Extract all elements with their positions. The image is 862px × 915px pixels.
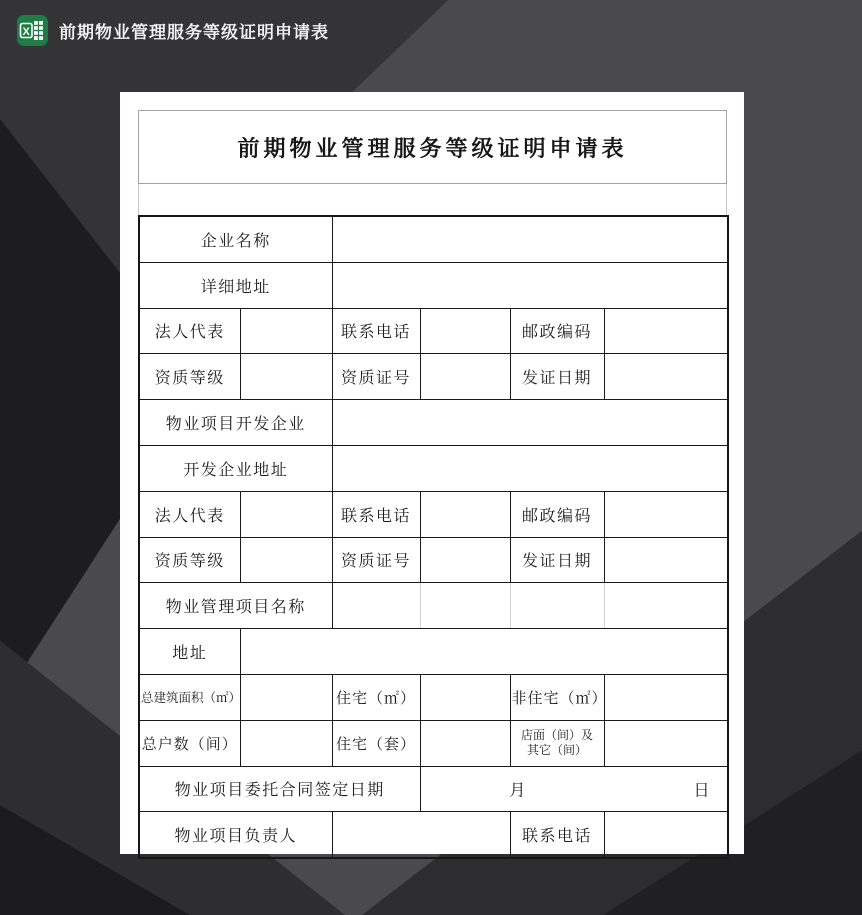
input-residential-units[interactable]	[420, 720, 510, 766]
day-label: 日	[694, 777, 712, 800]
row-legal-rep-1: 法人代表 联系电话 邮政编码	[139, 308, 728, 354]
input-dev-company[interactable]	[332, 400, 728, 446]
label-postal-code-1: 邮政编码	[510, 308, 604, 354]
input-project-name-a[interactable]	[332, 583, 420, 629]
input-total-area[interactable]	[240, 674, 332, 720]
input-contact-phone-2[interactable]	[420, 491, 510, 537]
label-residential-units: 住宅（套）	[332, 720, 420, 766]
label-qual-level-2: 资质等级	[139, 537, 240, 583]
row-qualification-2: 资质等级 资质证号 发证日期	[139, 537, 728, 583]
input-total-households[interactable]	[240, 720, 332, 766]
label-dev-company: 物业项目开发企业	[139, 400, 332, 446]
row-contract-date: 物业项目委托合同签定日期 月 日	[139, 766, 728, 812]
row-building-area: 总建筑面积（㎡） 住宅（㎡） 非住宅（㎡）	[139, 674, 728, 720]
document-title-box: 前期物业管理服务等级证明申请表	[138, 110, 727, 184]
label-issue-date-1: 发证日期	[510, 354, 604, 400]
title-bar: X 前期物业管理服务等级证明申请表	[0, 0, 862, 60]
input-project-name-d[interactable]	[604, 583, 728, 629]
label-project-name: 物业管理项目名称	[139, 583, 332, 629]
input-dev-address[interactable]	[332, 445, 728, 491]
svg-text:X: X	[23, 26, 31, 38]
input-company-address[interactable]	[332, 262, 728, 308]
month-label: 月	[509, 777, 527, 800]
input-issue-date-1[interactable]	[604, 354, 728, 400]
label-legal-rep-1: 法人代表	[139, 308, 240, 354]
label-qual-cert-no-1: 资质证号	[332, 354, 420, 400]
label-company-address: 详细地址	[139, 262, 332, 308]
input-issue-date-2[interactable]	[604, 537, 728, 583]
label-issue-date-2: 发证日期	[510, 537, 604, 583]
input-postal-code-2[interactable]	[604, 491, 728, 537]
input-company-name[interactable]	[332, 216, 728, 262]
label-residential-area: 住宅（㎡）	[332, 674, 420, 720]
input-qual-level-2[interactable]	[240, 537, 332, 583]
label-manager-phone: 联系电话	[510, 812, 604, 858]
label-contract-date: 物业项目委托合同签定日期	[139, 766, 420, 812]
label-legal-rep-2: 法人代表	[139, 491, 240, 537]
row-project-address: 地址	[139, 629, 728, 675]
input-qual-cert-no-1[interactable]	[420, 354, 510, 400]
input-shop-and-other[interactable]	[604, 720, 728, 766]
row-dev-address: 开发企业地址	[139, 445, 728, 491]
input-legal-rep-2[interactable]	[240, 491, 332, 537]
row-legal-rep-2: 法人代表 联系电话 邮政编码	[139, 491, 728, 537]
input-non-residential-area[interactable]	[604, 674, 728, 720]
input-legal-rep-1[interactable]	[240, 308, 332, 354]
blank-row[interactable]	[138, 184, 727, 215]
document-title: 前期物业管理服务等级证明申请表	[237, 132, 627, 163]
label-contact-phone-2: 联系电话	[332, 491, 420, 537]
input-project-name-b[interactable]	[420, 583, 510, 629]
label-postal-code-2: 邮政编码	[510, 491, 604, 537]
label-project-manager: 物业项目负责人	[139, 812, 332, 858]
row-project-manager: 物业项目负责人 联系电话	[139, 812, 728, 858]
row-company-address: 详细地址	[139, 262, 728, 308]
input-project-name-c[interactable]	[510, 583, 604, 629]
excel-icon[interactable]: X	[17, 15, 48, 46]
label-dev-address: 开发企业地址	[139, 445, 332, 491]
label-total-households: 总户数（间）	[139, 720, 240, 766]
label-non-residential-area: 非住宅（㎡）	[510, 674, 604, 720]
row-company-name: 企业名称	[139, 216, 728, 262]
row-dev-company: 物业项目开发企业	[139, 400, 728, 446]
input-project-manager[interactable]	[332, 812, 510, 858]
label-company-name: 企业名称	[139, 216, 332, 262]
input-manager-phone[interactable]	[604, 812, 728, 858]
input-postal-code-1[interactable]	[604, 308, 728, 354]
label-shop-and-other: 店面（间）及 其它（间）	[510, 720, 604, 766]
label-qual-level-1: 资质等级	[139, 354, 240, 400]
label-project-address: 地址	[139, 629, 240, 675]
input-contact-phone-1[interactable]	[420, 308, 510, 354]
input-qual-cert-no-2[interactable]	[420, 537, 510, 583]
row-households: 总户数（间） 住宅（套） 店面（间）及 其它（间）	[139, 720, 728, 766]
label-qual-cert-no-2: 资质证号	[332, 537, 420, 583]
input-qual-level-1[interactable]	[240, 354, 332, 400]
input-contract-date[interactable]: 月 日	[420, 766, 728, 812]
label-total-area: 总建筑面积（㎡）	[139, 674, 240, 720]
row-qualification-1: 资质等级 资质证号 发证日期	[139, 354, 728, 400]
row-project-name: 物业管理项目名称	[139, 583, 728, 629]
label-contact-phone-1: 联系电话	[332, 308, 420, 354]
application-form-table: 企业名称 详细地址 法人代表 联系电话 邮政编码 资质等级 资质证号 发证日期	[138, 215, 729, 859]
input-project-address[interactable]	[240, 629, 728, 675]
window-title: 前期物业管理服务等级证明申请表	[59, 18, 329, 43]
document-page: 前期物业管理服务等级证明申请表 企业名称 详细地址 法人代表 联系电话 邮政编码	[120, 92, 744, 854]
input-residential-area[interactable]	[420, 674, 510, 720]
